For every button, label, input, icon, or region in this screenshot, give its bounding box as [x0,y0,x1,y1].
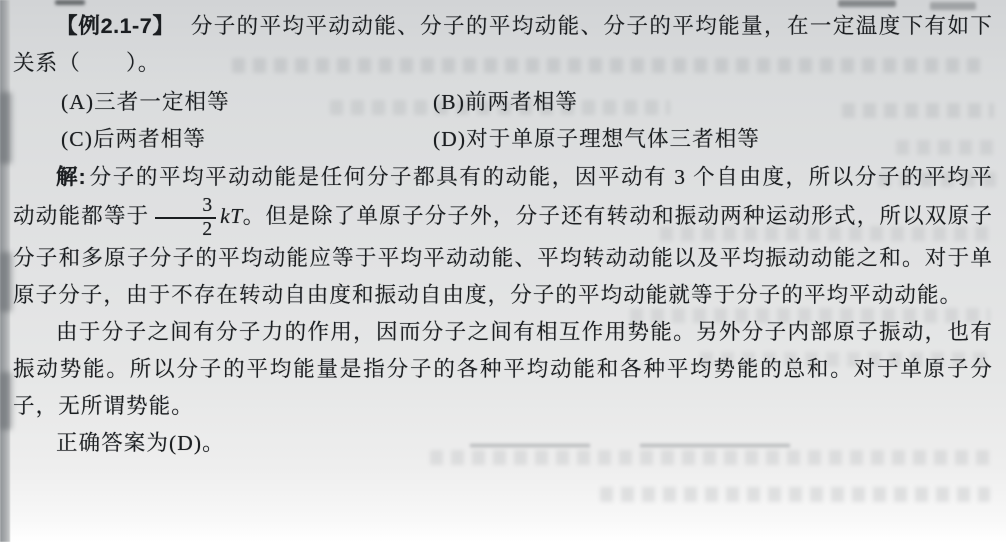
scan-smudge [55,0,85,5]
scanned-textbook-page: 【例2.1-7】分子的平均平动动能、分子的平均动能、分子的平均能量，在一定温度下… [0,0,1006,542]
option-c-text: (C)后两者相等 [61,127,206,151]
fraction-numerator: 3 [155,196,216,219]
option-c: (C)后两者相等 [61,121,433,158]
fraction-denominator: 2 [155,219,216,240]
option-d-text: (D)对于单原子理想气体三者相等 [433,127,760,151]
solution-paragraph-1: 解:分子的平均平动动能是任何分子都具有的动能，因平动有 3 个自由度，所以分子的… [13,159,993,314]
solution-label: 解: [56,165,86,189]
solution-paragraph-2: 由于分子之间有分子力的作用，因而分子之间有相互作用势能。另外分子内部原子振动，也… [13,314,993,425]
scan-smudge [0,92,12,164]
kT-symbol: kT [220,204,243,228]
example-number-label: 【例2.1-7】 [56,14,175,38]
option-a: (A)三者一定相等 [61,84,433,121]
answer-line: 正确答案为(D)。 [13,425,993,462]
fraction-three-halves: 32 [155,196,216,240]
solution-text-3: 由于分子之间有分子力的作用，因而分子之间有相互作用势能。另外分子内部原子振动，也… [13,320,993,418]
page-content: 【例2.1-7】分子的平均平动动能、分子的平均动能、分子的平均能量，在一定温度下… [13,8,993,462]
bleedthrough-text [600,487,990,502]
option-a-text: (A)三者一定相等 [61,90,230,114]
options-list: (A)三者一定相等 (B)前两者相等 (C)后两者相等 (D)对于单原子理想气体… [13,84,993,157]
question-paragraph: 【例2.1-7】分子的平均平动动能、分子的平均动能、分子的平均能量，在一定温度下… [13,8,993,82]
scan-smudge [0,252,12,312]
option-b-text: (B)前两者相等 [433,90,578,114]
answer-text: 正确答案为(D)。 [56,431,225,455]
scan-smudge [0,372,12,430]
option-b: (B)前两者相等 [433,84,993,121]
scan-smudge [838,0,896,7]
option-d: (D)对于单原子理想气体三者相等 [433,121,993,158]
